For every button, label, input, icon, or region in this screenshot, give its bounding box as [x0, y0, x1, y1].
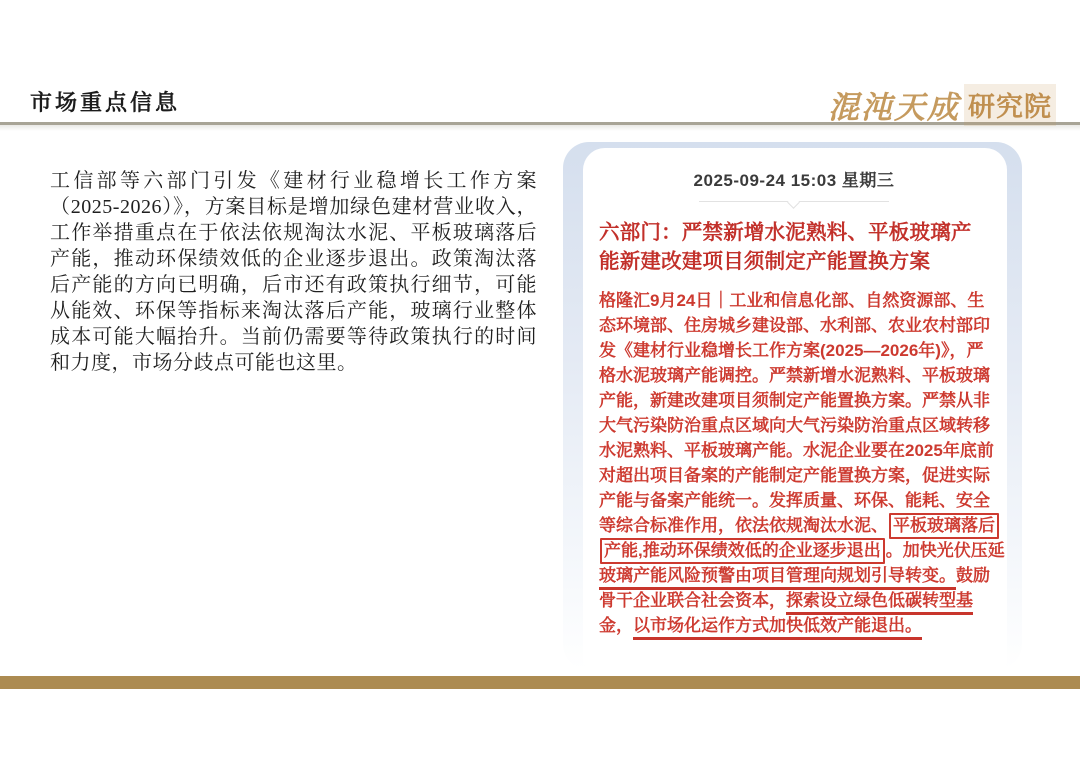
annotation-boxed-text: 平板玻璃落后	[889, 513, 999, 539]
article-text: 骨干企业联合社会资本，	[599, 591, 786, 610]
article-text: 格水泥玻璃产能调控。严禁新增水泥熟料、平板玻璃	[599, 366, 990, 385]
article-text: 态环境部、住房城乡建设部、水利部、农业农村部印	[599, 316, 990, 335]
article-body: 格隆汇9月24日｜工业和信息化部、自然资源部、生态环境部、住房城乡建设部、水利部…	[599, 288, 993, 638]
commentary-paragraph: 工信部等六部门引发《建材行业稳增长工作方案（2025-2026）》，方案目标是增…	[50, 168, 537, 376]
article-line: 格水泥玻璃产能调控。严禁新增水泥熟料、平板玻璃	[599, 363, 993, 388]
article-line: 产能，新建改建项目须制定产能置换方案。严禁从非	[599, 388, 993, 413]
article-text: 鼓励	[956, 566, 990, 585]
article-text: 大气污染防治重点区域向大气污染防治重点区域转移	[599, 416, 990, 435]
article-line: 等综合标准作用，依法依规淘汰水泥、平板玻璃落后	[599, 513, 993, 538]
article-line: 玻璃产能风险预警由项目管理向规划引导转变。鼓励	[599, 563, 993, 588]
article-text: 等综合标准作用，依法依规淘汰水泥、	[599, 516, 888, 535]
article-line: 对超出项目备案的产能制定产能置换方案，促进实际	[599, 463, 993, 488]
article-text: 产能与备案产能统一。发挥质量、环保、能耗、安全	[599, 491, 990, 510]
article-text: 产能，新建改建项目须制定产能置换方案。严禁从非	[599, 391, 990, 410]
article-line: 金，以市场化运作方式加快低效产能退出。	[599, 613, 993, 638]
news-screenshot-panel: 2025-09-24 15:03 星期三 六部门：严禁新增水泥熟料、平板玻璃产能…	[563, 142, 1022, 670]
article-line: 产能,推动环保绩效低的企业逐步退出。加快光伏压延	[599, 538, 993, 563]
logo-brand-text: 混沌天成	[828, 82, 960, 127]
annotation-underlined-text: 玻璃产能风险预警由项目管理向规划引导转变。	[599, 565, 956, 590]
article-text: 金，	[599, 616, 633, 635]
article-line: 态环境部、住房城乡建设部、水利部、农业农村部印	[599, 313, 993, 338]
article-line: 产能与备案产能统一。发挥质量、环保、能耗、安全	[599, 488, 993, 513]
article-text: 水泥熟料、平板玻璃产能。水泥企业要在2025年底前	[599, 441, 994, 460]
logo-suffix-text: 研究院	[964, 84, 1056, 126]
article-text: 对超出项目备案的产能制定产能置换方案，促进实际	[599, 466, 990, 485]
article-text: 格隆汇9月24日｜工业和信息化部、自然资源部、生	[599, 291, 984, 310]
article-text: 发《建材行业稳增长工作方案(2025—2026年)》，严	[599, 341, 983, 360]
page-title: 市场重点信息	[30, 86, 180, 117]
company-logo: 混沌天成 研究院	[828, 82, 1056, 127]
article-line: 格隆汇9月24日｜工业和信息化部、自然资源部、生	[599, 288, 993, 313]
article-line: 发《建材行业稳增长工作方案(2025—2026年)》，严	[599, 338, 993, 363]
annotation-boxed-text: 产能,推动环保绩效低的企业逐步退出	[600, 538, 885, 564]
article-line: 骨干企业联合社会资本，探索设立绿色低碳转型基	[599, 588, 993, 613]
article-headline: 六部门：严禁新增水泥熟料、平板玻璃产能新建改建项目须制定产能置换方案	[599, 218, 991, 276]
article-line: 水泥熟料、平板玻璃产能。水泥企业要在2025年底前	[599, 438, 993, 463]
news-card: 2025-09-24 15:03 星期三 六部门：严禁新增水泥熟料、平板玻璃产能…	[583, 148, 1007, 670]
bottom-accent-bar	[0, 676, 1080, 689]
annotation-underlined-text: 探索设立绿色低碳转型基	[786, 590, 973, 615]
article-line: 大气污染防治重点区域向大气污染防治重点区域转移	[599, 413, 993, 438]
article-text: 。加快光伏压延	[886, 541, 1005, 560]
date-divider	[699, 201, 889, 202]
annotation-underlined-text: 以市场化运作方式加快低效产能退出。	[633, 615, 922, 640]
article-timestamp: 2025-09-24 15:03 星期三	[595, 166, 993, 191]
chevron-down-icon	[787, 196, 800, 209]
